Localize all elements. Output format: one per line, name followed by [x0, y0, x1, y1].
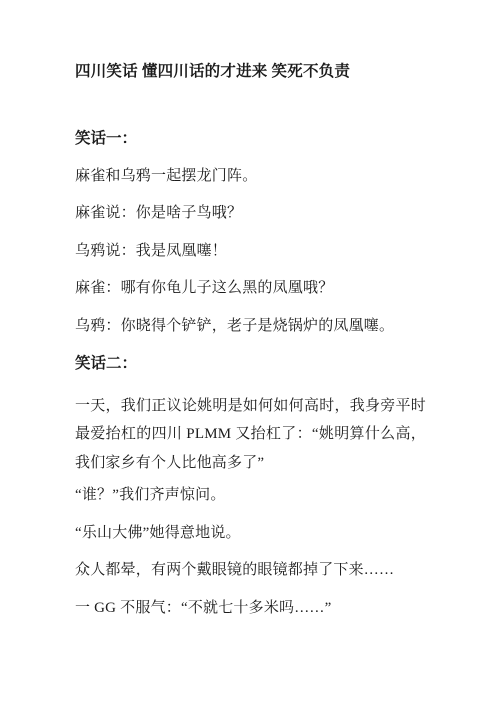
document-page: 四川笑话 懂四川话的才进来 笑死不负责 笑话一： 麻雀和乌鸦一起摆龙门阵。 麻雀…	[0, 0, 500, 707]
paragraph: 一 GG 不服气：“不就七十多米吗……”	[75, 599, 426, 618]
paragraph: “谁？”我们齐声惊问。	[75, 486, 426, 505]
paragraph: 乌鸦：你晓得个铲铲，老子是烧锅炉的凤凰噻。	[75, 317, 426, 336]
paragraph: 麻雀：哪有你龟儿子这么黑的凤凰哦？	[75, 279, 426, 298]
section-heading-joke-2: 笑话二：	[75, 354, 426, 373]
paragraph: 麻雀说：你是啥子鸟哦？	[75, 204, 426, 223]
document-title: 四川笑话 懂四川话的才进来 笑死不负责	[75, 62, 426, 81]
paragraph: 众人都晕，有两个戴眼镜的眼镜都掉了下来……	[75, 561, 426, 580]
paragraph: 麻雀和乌鸦一起摆龙门阵。	[75, 167, 426, 186]
section-heading-joke-1: 笑话一：	[75, 129, 426, 148]
paragraph: 乌鸦说：我是凤凰噻！	[75, 242, 426, 261]
paragraph: “乐山大佛”她得意地说。	[75, 524, 426, 543]
paragraph: 一天，我们正议论姚明是如何如何高时，我身旁平时最爱抬杠的四川 PLMM 又抬杠了…	[75, 392, 426, 478]
